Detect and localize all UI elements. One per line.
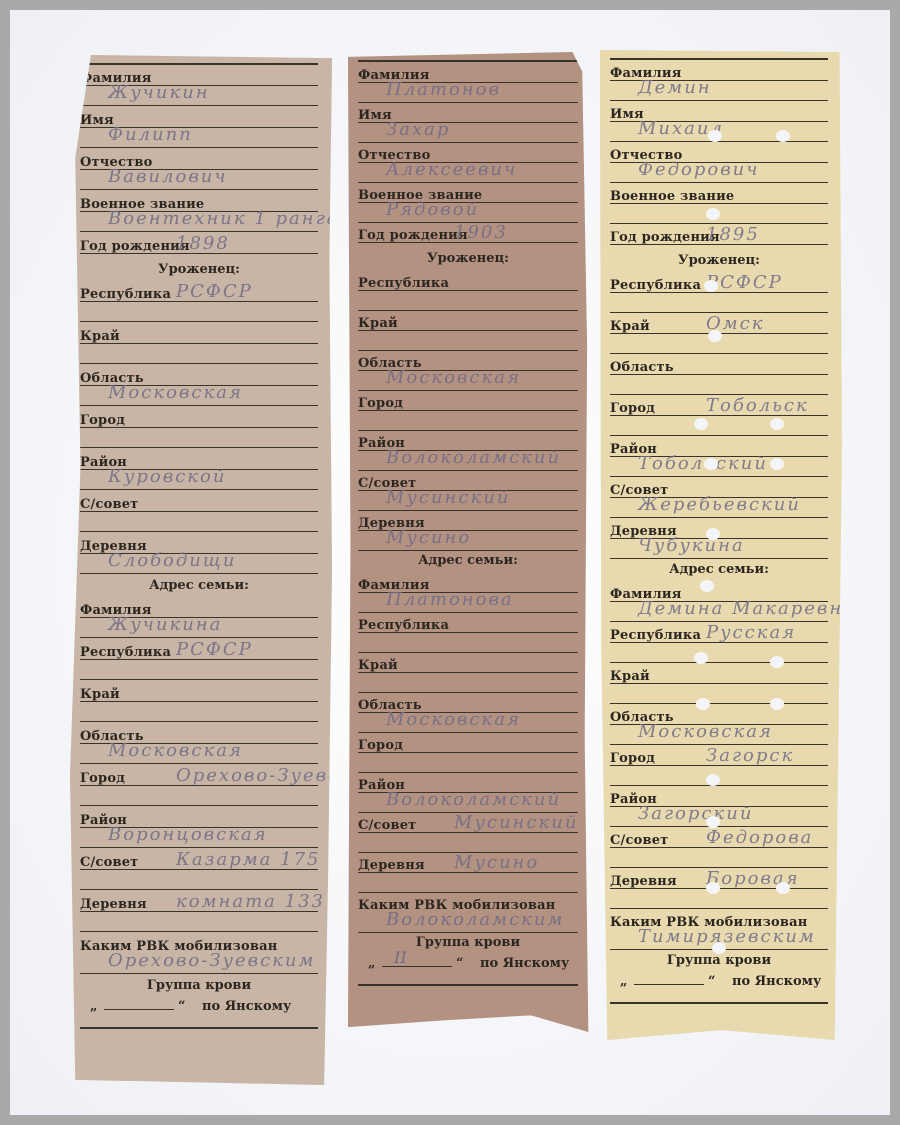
field-military-rank: Военное звание Рядовой (358, 182, 578, 222)
label-family-republic: Республика (610, 628, 704, 643)
label-village-council: С/совет (80, 497, 141, 512)
field-oblast: Область Московская (80, 365, 318, 407)
value-mobilized-by: Тимирязевским (638, 926, 816, 947)
field-family-village-council: С/совет Федорова (610, 827, 828, 868)
label-by-jansky: по Янскому (202, 999, 291, 1014)
punch-hole (706, 208, 720, 220)
value-birth-year: 1903 (454, 222, 508, 243)
label-family-city: Город (358, 738, 406, 753)
value-family-republic: РСФСР (176, 639, 253, 660)
field-surname: Фамилия Платонов (358, 62, 578, 102)
field-family-krai: Край (358, 652, 578, 692)
label-family-city: Город (80, 771, 128, 786)
label-oblast: Область (610, 360, 677, 375)
label-krai: Край (358, 316, 401, 331)
value-village: Слободищи (108, 550, 237, 571)
bottom-rule (80, 1027, 318, 1029)
label-republic: Республика (610, 278, 704, 293)
value-family-oblast: Московская (638, 721, 773, 742)
field-surname: Фамилия Жучикин (80, 65, 318, 107)
scanned-page: Фамилия Жучикин Имя Филипп Отчество Вави… (10, 10, 890, 1115)
value-oblast: Московская (386, 367, 521, 388)
label-family-krai: Край (610, 669, 653, 684)
field-military-rank: Военное звание (610, 183, 828, 224)
value-family-oblast: Московская (386, 709, 521, 730)
field-village: Деревня Слободищи (80, 533, 318, 575)
label-family-village-council: С/совет (358, 818, 419, 833)
value-first-name: Захар (386, 119, 450, 140)
field-family-republic: Республика Русская (610, 622, 828, 663)
field-city: Город (80, 407, 318, 449)
field-family-village: Деревня Мусино (358, 852, 578, 892)
value-family-village: комната 133 (176, 891, 325, 912)
label-city: Город (610, 401, 658, 416)
field-surname: Фамилия Демин (610, 60, 828, 101)
label-family-village: Деревня (610, 874, 680, 889)
value-mobilized-by: Волоколамским (386, 909, 564, 930)
field-family-republic: Республика РСФСР (80, 639, 318, 681)
punch-hole (770, 458, 784, 470)
value-village: Чубукина (638, 535, 745, 556)
label-republic: Республика (80, 287, 174, 302)
value-district: Тобольский (638, 453, 768, 474)
punch-hole (694, 652, 708, 664)
field-first-name: Имя Филипп (80, 107, 318, 149)
label-city: Город (80, 413, 128, 428)
value-military-rank: Воентехник 1 ранга (108, 208, 339, 229)
heading-family-address: Адрес семьи: (358, 550, 578, 572)
heading-blood-group: Группа крови (358, 932, 578, 954)
punch-hole (770, 418, 784, 430)
value-family-village-council: Мусинский (454, 812, 578, 833)
field-birth-year: Год рождения 1895 (610, 224, 828, 250)
field-district: Район Куровской (80, 449, 318, 491)
punch-hole (706, 528, 720, 540)
value-family-district: Воронцовская (108, 824, 268, 845)
field-family-city: Город (358, 732, 578, 772)
field-patronymic: Отчество Алексеевич (358, 142, 578, 182)
field-family-village-council: С/совет Мусинский (358, 812, 578, 852)
field-family-oblast: Область Московская (610, 704, 828, 745)
heading-family-address: Адрес семьи: (610, 559, 828, 581)
value-family-city: Орехово-Зуево (176, 765, 341, 786)
field-republic: Республика (358, 270, 578, 310)
label-family-republic: Республика (358, 618, 452, 633)
label-family-village: Деревня (358, 858, 428, 873)
label-family-village-council: С/совет (80, 855, 141, 870)
punch-hole (712, 942, 726, 954)
punch-hole (708, 130, 722, 142)
value-surname: Демин (638, 77, 712, 98)
punch-hole (694, 418, 708, 430)
id-slip-left: Фамилия Жучикин Имя Филипп Отчество Вави… (70, 55, 332, 1085)
field-family-surname: Фамилия Платонова (358, 572, 578, 612)
field-city: Город (358, 390, 578, 430)
field-family-oblast: Область Московская (80, 723, 318, 765)
value-first-name: Филипп (108, 124, 193, 145)
field-krai: Край (80, 323, 318, 365)
field-village-council: С/совет Мусинский (358, 470, 578, 510)
field-krai: Край (358, 310, 578, 350)
label-family-krai: Край (80, 687, 123, 702)
punch-hole (708, 330, 722, 342)
field-military-rank: Военное звание Воентехник 1 ранга (80, 191, 318, 233)
punch-hole (770, 698, 784, 710)
field-family-village: Деревня комната 133 (80, 891, 318, 933)
label-krai: Край (80, 329, 123, 344)
field-village: Деревня Мусино (358, 510, 578, 550)
field-blood-group: „ “ по Янскому (610, 972, 828, 996)
field-mobilized-by: Каким РВК мобилизован Орехово-Зуевским (80, 933, 318, 975)
label-family-republic: Республика (80, 645, 174, 660)
punch-hole (770, 656, 784, 668)
punch-hole (704, 280, 718, 292)
value-district: Волоколамский (386, 447, 561, 468)
heading-native-of: Уроженец: (610, 250, 828, 272)
field-patronymic: Отчество Вавилович (80, 149, 318, 191)
punch-hole (706, 774, 720, 786)
value-village-council: Жеребьевский (638, 494, 801, 515)
field-birth-year: Год рождения 1903 (358, 222, 578, 248)
value-family-district: Волоколамский (386, 789, 561, 810)
value-family-oblast: Московская (108, 740, 243, 761)
id-slip-middle: Фамилия Платонов Имя Захар Отчество Алек… (348, 52, 592, 1032)
value-mobilized-by: Орехово-Зуевским (108, 950, 315, 971)
value-patronymic: Алексеевич (386, 159, 517, 180)
field-blood-group: „ II “ по Янскому (358, 954, 578, 978)
value-village-council: Мусинский (386, 487, 510, 508)
punch-hole (776, 882, 790, 894)
label-family-krai: Край (358, 658, 401, 673)
value-patronymic: Вавилович (108, 166, 228, 187)
value-patronymic: Федорович (638, 159, 759, 180)
value-family-village: Мусино (454, 852, 539, 873)
field-family-krai: Край (610, 663, 828, 704)
field-birth-year: Год рождения 1898 (80, 233, 318, 259)
field-district: Район Волоколамский (358, 430, 578, 470)
punch-hole (704, 458, 718, 470)
label-military-rank: Военное звание (610, 189, 737, 204)
value-family-city: Загорск (706, 745, 794, 766)
label-family-village: Деревня (80, 897, 150, 912)
field-republic: Республика РСФСР (610, 272, 828, 313)
heading-native-of: Уроженец: (358, 248, 578, 270)
value-family-surname: Жучикина (108, 614, 222, 635)
bottom-rule (358, 984, 578, 986)
value-oblast: Московская (108, 382, 243, 403)
field-city: Город Тобольск (610, 395, 828, 436)
value-surname: Жучикин (108, 82, 210, 103)
field-village-council: С/совет Жеребьевский (610, 477, 828, 518)
field-oblast: Область Московская (358, 350, 578, 390)
bottom-rule (610, 1002, 828, 1004)
label-city: Город (358, 396, 406, 411)
value-birth-year: 1898 (176, 233, 230, 254)
id-slip-right: Фамилия Демин Имя Михаил Отчество Федоро… (600, 50, 842, 1040)
label-by-jansky: по Янскому (732, 974, 821, 989)
field-village: Деревня Чубукина (610, 518, 828, 559)
value-family-village-council: Федорова (706, 827, 813, 848)
field-family-district: Район Воронцовская (80, 807, 318, 849)
label-family-village-council: С/совет (610, 833, 671, 848)
value-village: Мусино (386, 527, 471, 548)
field-village-council: С/совет (80, 491, 318, 533)
value-blood-group: II (394, 948, 407, 967)
value-family-republic: Русская (706, 622, 796, 643)
heading-blood-group: Группа крови (80, 975, 318, 997)
label-krai: Край (610, 319, 653, 334)
punch-hole (706, 882, 720, 894)
field-blood-group: „ “ по Янскому (80, 997, 318, 1021)
value-surname: Платонов (386, 79, 501, 100)
field-family-krai: Край (80, 681, 318, 723)
value-city: Тобольск (706, 395, 809, 416)
field-family-republic: Республика (358, 612, 578, 652)
punch-hole (696, 698, 710, 710)
value-family-village-council: Казарма 175 (176, 849, 320, 870)
value-birth-year: 1895 (706, 224, 760, 245)
heading-family-address: Адрес семьи: (80, 575, 318, 597)
field-mobilized-by: Каким РВК мобилизован Волоколамским (358, 892, 578, 932)
field-republic: Республика РСФСР (80, 281, 318, 323)
value-republic: РСФСР (176, 281, 253, 302)
field-patronymic: Отчество Федорович (610, 142, 828, 183)
field-family-village-council: С/совет Казарма 175 (80, 849, 318, 891)
field-oblast: Область (610, 354, 828, 395)
value-military-rank: Рядовой (386, 199, 479, 220)
label-by-jansky: по Янскому (480, 956, 569, 971)
punch-hole (706, 816, 720, 828)
punch-hole (700, 580, 714, 592)
field-family-city: Город Орехово-Зуево (80, 765, 318, 807)
field-district: Район Тобольский (610, 436, 828, 477)
value-family-surname: Демина Макаревна (638, 598, 856, 619)
field-family-surname: Фамилия Жучикина (80, 597, 318, 639)
field-family-district: Район Волоколамский (358, 772, 578, 812)
value-family-surname: Платонова (386, 589, 514, 610)
field-family-surname: Фамилия Демина Макаревна (610, 581, 828, 622)
value-district: Куровской (108, 466, 226, 487)
punch-hole (776, 130, 790, 142)
label-family-city: Город (610, 751, 658, 766)
field-first-name: Имя Захар (358, 102, 578, 142)
field-family-oblast: Область Московская (358, 692, 578, 732)
value-family-district: Загорский (638, 803, 753, 824)
heading-native-of: Уроженец: (80, 259, 318, 281)
value-republic: РСФСР (706, 272, 783, 293)
label-republic: Республика (358, 276, 452, 291)
